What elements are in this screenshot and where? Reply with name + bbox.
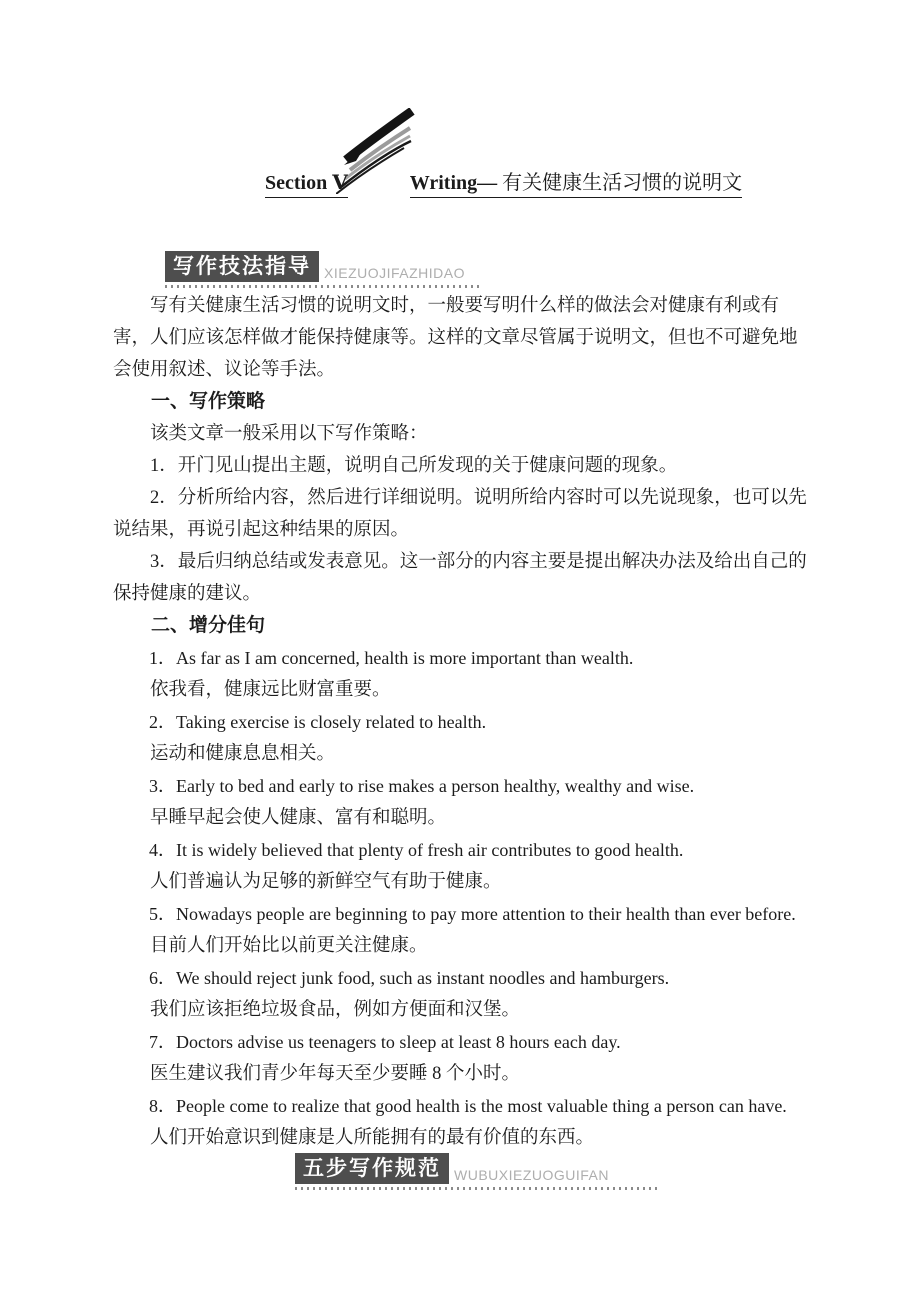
sentence-en: 5．Nowadays people are beginning to pay m… <box>113 898 813 930</box>
sentence-zh: 早睡早起会使人健康、富有和聪明。 <box>113 802 813 834</box>
sentence-en: 6．We should reject junk food, such as in… <box>113 962 813 994</box>
strategy-item: 1．开门见山提出主题，说明自己所发现的关于健康问题的现象。 <box>113 450 813 482</box>
badge-writing-guide-label: 写作技法指导 <box>165 251 319 282</box>
strategy-lead: 该类文章一般采用以下写作策略： <box>113 418 813 450</box>
badge-writing-guide-pinyin: XIEZUOJIFAZHIDAO <box>324 265 465 281</box>
sentences-heading: 二、增分佳句 <box>113 610 813 642</box>
sentence-en: 7．Doctors advise us teenagers to sleep a… <box>113 1026 813 1058</box>
strategy-item: 3．最后归纳总结或发表意见。这一部分的内容主要是提出解决办法及给出自己的保持健康… <box>113 546 813 610</box>
sentence-zh: 运动和健康息息相关。 <box>113 738 813 770</box>
badge-writing-standard-label: 五步写作规范 <box>295 1153 449 1184</box>
sentence-zh: 依我看，健康远比财富重要。 <box>113 674 813 706</box>
strategy-heading: 一、写作策略 <box>113 386 813 418</box>
dotted-rule <box>165 285 480 288</box>
badge-writing-standard: 五步写作规范 WUBUXIEZUOGUIFAN <box>295 1153 660 1190</box>
sentence-zh: 我们应该拒绝垃圾食品，例如方便面和汉堡。 <box>113 994 813 1026</box>
intro-paragraph: 写有关健康生活习惯的说明文时，一般要写明什么样的做法会对健康有利或有害，人们应该… <box>113 290 813 386</box>
sentence-en: 3．Early to bed and early to rise makes a… <box>113 770 813 802</box>
sentence-zh: 目前人们开始比以前更关注健康。 <box>113 930 813 962</box>
sentence-en: 4．It is widely believed that plenty of f… <box>113 834 813 866</box>
page-header: Section Ⅴ Writing— 有关健康生活习惯的说明文 <box>265 166 742 198</box>
page-title: Writing— 有关健康生活习惯的说明文 <box>410 166 742 198</box>
document-page: Section Ⅴ Writing— 有关健康生活习惯的说明文 写作技法指导 X… <box>0 0 920 1302</box>
sentence-en: 2．Taking exercise is closely related to … <box>113 706 813 738</box>
body-content: 写有关健康生活习惯的说明文时，一般要写明什么样的做法会对健康有利或有害，人们应该… <box>113 290 813 1154</box>
page-title-chinese: 有关健康生活习惯的说明文 <box>497 172 742 194</box>
dotted-rule <box>295 1187 660 1190</box>
section-label: Section Ⅴ <box>265 170 348 198</box>
sentence-zh: 医生建议我们青少年每天至少要睡 8 个小时。 <box>113 1058 813 1090</box>
sentence-zh: 人们普遍认为足够的新鲜空气有助于健康。 <box>113 866 813 898</box>
page-title-writing: Writing— <box>410 172 497 194</box>
badge-writing-standard-pinyin: WUBUXIEZUOGUIFAN <box>454 1167 609 1183</box>
sentence-en: 1．As far as I am concerned, health is mo… <box>113 642 813 674</box>
strategy-item: 2．分析所给内容，然后进行详细说明。说明所给内容时可以先说现象，也可以先说结果，… <box>113 482 813 546</box>
badge-writing-guide: 写作技法指导 XIEZUOJIFAZHIDAO <box>165 251 480 288</box>
sentence-zh: 人们开始意识到健康是人所能拥有的最有价值的东西。 <box>113 1122 813 1154</box>
sentence-en: 8．People come to realize that good healt… <box>113 1090 813 1122</box>
